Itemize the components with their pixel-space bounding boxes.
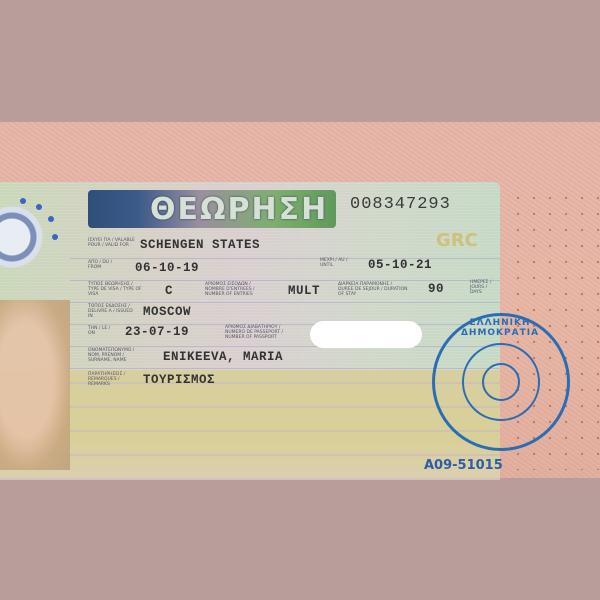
entries-label: Αριθμος εισοδων / Nombre d'entrees / Num…: [205, 282, 265, 297]
divider: [70, 258, 500, 259]
type-of-visa-value: C: [165, 284, 173, 298]
issued-on-value: 23-07-19: [125, 325, 189, 339]
valid-for-value: SCHENGEN STATES: [140, 238, 260, 252]
from-value: 06-10-19: [135, 261, 199, 275]
until-value: 05-10-21: [368, 258, 432, 272]
visa-number: 008347293: [350, 195, 451, 214]
type-of-visa-label: Τυπος θεωρησης / Type de visa / Type of …: [88, 282, 143, 297]
eu-star-icon: [20, 198, 26, 204]
eu-star-icon: [52, 234, 58, 240]
redacted-passport-number: [310, 321, 422, 348]
duration-label: Διαρκεια παραμονης / Duree de sejour / D…: [338, 282, 408, 297]
entries-value: MULT: [288, 284, 320, 298]
remarks-value: ΤΟΥΡΙΣΜΟΣ: [143, 373, 215, 387]
divider: [70, 346, 500, 347]
until-label: Μεχρι / Au / Until: [320, 258, 350, 268]
name-label: Ονοματεπωνυμο / Nom, prenom / Surname, n…: [88, 348, 143, 363]
eu-star-icon: [36, 204, 42, 210]
stamp-text: ΕΛΛΗΝΙΚΗ ΔΗΜΟΚΡΑΤΙΑ: [445, 318, 555, 338]
issued-in-value: MOSCOW: [143, 305, 191, 319]
country-code: GRC: [436, 230, 478, 251]
from-label: Απο / Du / From: [88, 260, 118, 270]
serial-number: A09-51015: [424, 458, 503, 473]
passport-number-label: Αριθμος διαβατηριου / Numero de passepor…: [225, 325, 300, 340]
duration-value: 90: [428, 282, 444, 296]
valid-for-label: Ισχυει για / Valable pour / Valid for: [88, 238, 138, 248]
holder-photo: [0, 300, 70, 470]
divider: [70, 302, 500, 303]
name-value: ENIKEEVA, MARIA: [163, 350, 283, 364]
divider: [70, 280, 500, 281]
remarks-label: Παρατηρησεις / Remarques / Remarks: [88, 372, 138, 387]
visa-title: ΘΕΩΡΗΣΗ: [150, 192, 328, 227]
issued-on-label: Την / Le / On: [88, 326, 118, 336]
greek-emblem-icon: [482, 363, 520, 401]
eu-star-icon: [48, 216, 54, 222]
photo-background-lower: [0, 478, 600, 600]
days-label: Ημερες / Jours / Days: [470, 280, 495, 295]
issued-in-label: Τοπος εκδοσης / Delivre a / Issued in: [88, 304, 138, 319]
